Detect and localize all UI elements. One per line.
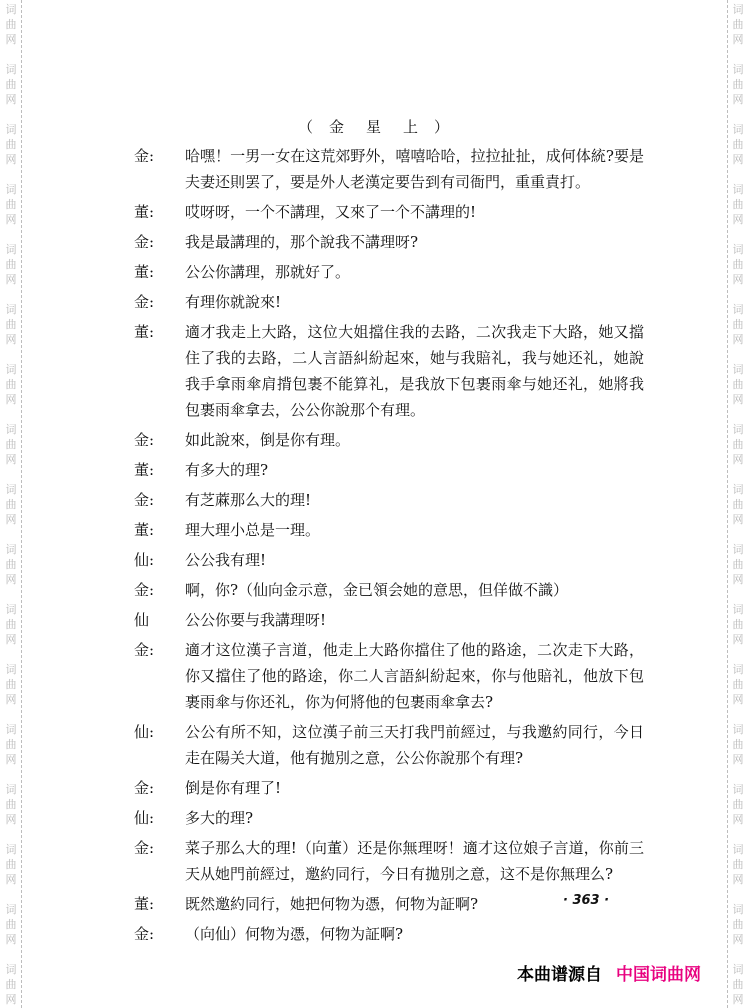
watermark-char: 词 <box>730 782 746 797</box>
watermark-group: 词曲网 <box>730 422 746 467</box>
watermark-char: 词 <box>730 842 746 857</box>
watermark-group: 词曲网 <box>730 362 746 407</box>
speech-text: 如此說來，倒是你有理。 <box>185 427 644 453</box>
watermark-char: 网 <box>730 872 746 887</box>
watermark-group: 词曲网 <box>3 962 19 1007</box>
watermark-char: 曲 <box>730 617 746 632</box>
watermark-char: 网 <box>730 752 746 767</box>
speaker-label: 金: <box>134 637 185 715</box>
watermark-char: 网 <box>730 812 746 827</box>
watermark-char: 曲 <box>3 617 19 632</box>
speaker-label: 金: <box>134 775 185 801</box>
watermark-group: 词曲网 <box>3 362 19 407</box>
dialogue-line: 金:菜子那么大的理!（向董）还是你無理呀！適才这位娘子言道，你前三天从她門前經过… <box>134 835 644 887</box>
watermark-char: 曲 <box>730 377 746 392</box>
watermark-group: 词曲网 <box>730 842 746 887</box>
dialogue-line: 金:（向仙）何物为憑，何物为証啊? <box>134 921 644 947</box>
watermark-char: 网 <box>730 212 746 227</box>
speech-text: 有多大的理? <box>185 457 644 483</box>
watermark-char: 网 <box>730 92 746 107</box>
watermark-char: 曲 <box>3 197 19 212</box>
watermark-group: 词曲网 <box>3 722 19 767</box>
watermark-char: 曲 <box>3 677 19 692</box>
watermark-char: 词 <box>730 302 746 317</box>
watermark-group: 词曲网 <box>3 182 19 227</box>
speech-text: （向仙）何物为憑，何物为証啊? <box>185 921 644 947</box>
speaker-label: 金: <box>134 487 185 513</box>
watermark-char: 网 <box>730 332 746 347</box>
watermark-char: 网 <box>3 212 19 227</box>
watermark-char: 词 <box>3 422 19 437</box>
watermark-char: 曲 <box>3 857 19 872</box>
watermark-group: 词曲网 <box>3 62 19 107</box>
dialogue-line: 仙:公公有所不知，这位漢子前三天打我門前經过，与我邀約同行，今日走在陽关大道，他… <box>134 719 644 771</box>
watermark-char: 曲 <box>730 77 746 92</box>
dialogue-line: 董:哎呀呀，一个不講理，又來了一个不講理的! <box>134 199 644 225</box>
scene-heading: （金星上） <box>0 116 749 137</box>
speaker-label: 仙 <box>134 607 185 633</box>
watermark-char: 曲 <box>3 137 19 152</box>
speech-text: 公公有所不知，这位漢子前三天打我門前經过，与我邀約同行，今日走在陽关大道，他有拋… <box>185 719 644 771</box>
speech-text: 多大的理? <box>185 805 644 831</box>
watermark-char: 网 <box>3 812 19 827</box>
watermark-char: 网 <box>730 632 746 647</box>
watermark-char: 词 <box>3 182 19 197</box>
watermark-char: 网 <box>3 632 19 647</box>
watermark-char: 词 <box>730 602 746 617</box>
dialogue-line: 金:有芝蔴那么大的理! <box>134 487 644 513</box>
speech-text: 倒是你有理了! <box>185 775 644 801</box>
dialogue-line: 董:有多大的理? <box>134 457 644 483</box>
watermark-char: 网 <box>730 272 746 287</box>
watermark-char: 词 <box>730 422 746 437</box>
watermark-char: 词 <box>730 662 746 677</box>
speech-text: 適才这位漢子言道，他走上大路你擋住了他的路途，二次走下大路，你又擋住了他的路途，… <box>185 637 644 715</box>
dialogue-line: 金:倒是你有理了! <box>134 775 644 801</box>
watermark-group: 词曲网 <box>3 542 19 587</box>
watermark-group: 词曲网 <box>3 902 19 947</box>
watermark-char: 词 <box>3 722 19 737</box>
watermark-char: 词 <box>730 542 746 557</box>
left-watermark-strip: 词曲网词曲网词曲网词曲网词曲网词曲网词曲网词曲网词曲网词曲网词曲网词曲网词曲网词… <box>0 0 22 1008</box>
watermark-group: 词曲网 <box>730 482 746 527</box>
watermark-char: 曲 <box>3 497 19 512</box>
watermark-char: 网 <box>3 392 19 407</box>
watermark-char: 曲 <box>3 77 19 92</box>
dialogue-line: 董:公公你講理，那就好了。 <box>134 259 644 285</box>
scene-heading-open: （ <box>298 118 315 136</box>
watermark-group: 词曲网 <box>3 302 19 347</box>
watermark-char: 网 <box>3 272 19 287</box>
watermark-char: 曲 <box>3 737 19 752</box>
dialogue-line: 仙:多大的理? <box>134 805 644 831</box>
dialogue-line: 董:適才我走上大路，这位大姐擋住我的去路，二次我走下大路，她又擋住了我的去路，二… <box>134 319 644 423</box>
scene-heading-word: 星 <box>366 118 383 136</box>
dialogue-block: 金:哈嘿！一男一女在这荒郊野外，嘻嘻哈哈，拉拉扯扯，成何体統?要是夫妻还則罢了，… <box>134 143 644 951</box>
watermark-char: 曲 <box>730 557 746 572</box>
dialogue-line: 金:哈嘿！一男一女在这荒郊野外，嘻嘻哈哈，拉拉扯扯，成何体統?要是夫妻还則罢了，… <box>134 143 644 195</box>
watermark-char: 词 <box>3 482 19 497</box>
watermark-group: 词曲网 <box>730 2 746 47</box>
speech-text: 公公我有理! <box>185 547 644 573</box>
watermark-char: 曲 <box>730 857 746 872</box>
speaker-label: 金: <box>134 921 185 947</box>
watermark-group: 词曲网 <box>3 482 19 527</box>
speaker-label: 董: <box>134 457 185 483</box>
watermark-group: 词曲网 <box>730 722 746 767</box>
watermark-char: 词 <box>730 362 746 377</box>
watermark-char: 词 <box>730 482 746 497</box>
watermark-group: 词曲网 <box>730 782 746 827</box>
watermark-char: 词 <box>3 902 19 917</box>
watermark-char: 词 <box>730 2 746 17</box>
watermark-group: 词曲网 <box>3 422 19 467</box>
watermark-char: 曲 <box>3 557 19 572</box>
watermark-group: 词曲网 <box>3 2 19 47</box>
speaker-label: 董: <box>134 199 185 225</box>
speaker-label: 董: <box>134 517 185 543</box>
watermark-char: 网 <box>3 32 19 47</box>
speaker-label: 金: <box>134 427 185 453</box>
dialogue-line: 仙公公你要与我講理呀! <box>134 607 644 633</box>
speaker-label: 金: <box>134 289 185 315</box>
speaker-label: 金: <box>134 835 185 887</box>
speech-text: 啊，你?（仙向金示意，金已領会她的意思，但佯做不識） <box>185 577 644 603</box>
speech-text: 適才我走上大路，这位大姐擋住我的去路，二次我走下大路，她又擋住了我的去路，二人言… <box>185 319 644 423</box>
speech-text: 公公你講理，那就好了。 <box>185 259 644 285</box>
watermark-char: 词 <box>3 2 19 17</box>
watermark-char: 网 <box>3 572 19 587</box>
watermark-char: 词 <box>3 782 19 797</box>
watermark-group: 词曲网 <box>730 902 746 947</box>
watermark-char: 词 <box>3 62 19 77</box>
watermark-char: 曲 <box>3 917 19 932</box>
watermark-group: 词曲网 <box>730 542 746 587</box>
watermark-char: 词 <box>730 182 746 197</box>
scene-heading-word: 金 <box>329 118 346 136</box>
dialogue-line: 金:有理你就說來! <box>134 289 644 315</box>
speech-text: 有理你就說來! <box>185 289 644 315</box>
watermark-char: 词 <box>730 62 746 77</box>
watermark-char: 网 <box>730 32 746 47</box>
watermark-char: 曲 <box>730 257 746 272</box>
watermark-char: 词 <box>3 842 19 857</box>
watermark-char: 曲 <box>730 977 746 992</box>
watermark-char: 词 <box>3 242 19 257</box>
watermark-char: 曲 <box>730 317 746 332</box>
watermark-group: 词曲网 <box>730 302 746 347</box>
watermark-char: 网 <box>730 452 746 467</box>
watermark-char: 网 <box>3 452 19 467</box>
watermark-char: 曲 <box>3 977 19 992</box>
speech-text: 理大理小总是一理。 <box>185 517 644 543</box>
watermark-char: 曲 <box>730 797 746 812</box>
watermark-char: 词 <box>3 602 19 617</box>
source-label: 本曲谱源自 <box>517 965 602 985</box>
speaker-label: 金: <box>134 143 185 195</box>
watermark-char: 曲 <box>3 17 19 32</box>
watermark-char: 曲 <box>730 917 746 932</box>
watermark-char: 曲 <box>3 377 19 392</box>
watermark-char: 曲 <box>730 497 746 512</box>
watermark-char: 网 <box>3 92 19 107</box>
speech-text: 哎呀呀，一个不講理，又來了一个不講理的! <box>185 199 644 225</box>
watermark-char: 网 <box>730 152 746 167</box>
watermark-group: 词曲网 <box>3 602 19 647</box>
speech-text: 公公你要与我講理呀! <box>185 607 644 633</box>
dialogue-line: 金:我是最講理的，那个說我不講理呀? <box>134 229 644 255</box>
watermark-char: 网 <box>3 752 19 767</box>
watermark-char: 曲 <box>3 797 19 812</box>
watermark-group: 词曲网 <box>730 602 746 647</box>
scene-heading-word: 上 <box>403 118 420 136</box>
watermark-char: 网 <box>730 572 746 587</box>
watermark-char: 词 <box>730 722 746 737</box>
watermark-group: 词曲网 <box>730 962 746 1007</box>
speech-text: 菜子那么大的理!（向董）还是你無理呀！適才这位娘子言道，你前三天从她門前經过，邀… <box>185 835 644 887</box>
watermark-char: 词 <box>730 962 746 977</box>
watermark-char: 词 <box>730 902 746 917</box>
speech-text: 哈嘿！一男一女在这荒郊野外，嘻嘻哈哈，拉拉扯扯，成何体統?要是夫妻还則罢了，要是… <box>185 143 644 195</box>
watermark-char: 网 <box>730 932 746 947</box>
watermark-char: 曲 <box>3 437 19 452</box>
watermark-char: 网 <box>3 332 19 347</box>
dialogue-line: 董:理大理小总是一理。 <box>134 517 644 543</box>
speaker-label: 董: <box>134 891 185 917</box>
watermark-char: 曲 <box>730 137 746 152</box>
speech-text: 有芝蔴那么大的理! <box>185 487 644 513</box>
watermark-char: 词 <box>3 542 19 557</box>
watermark-char: 网 <box>730 512 746 527</box>
watermark-group: 词曲网 <box>730 662 746 707</box>
speaker-label: 金: <box>134 577 185 603</box>
watermark-group: 词曲网 <box>3 242 19 287</box>
watermark-char: 网 <box>3 692 19 707</box>
site-name-link[interactable]: 中国词曲网 <box>616 965 701 985</box>
watermark-char: 网 <box>3 512 19 527</box>
speaker-label: 金: <box>134 229 185 255</box>
watermark-char: 网 <box>730 692 746 707</box>
watermark-char: 词 <box>730 242 746 257</box>
speech-text: 我是最講理的，那个說我不講理呀? <box>185 229 644 255</box>
scene-heading-close: ） <box>434 118 451 136</box>
dialogue-line: 金:如此說來，倒是你有理。 <box>134 427 644 453</box>
watermark-char: 网 <box>3 152 19 167</box>
right-dashed-divider <box>727 0 728 1008</box>
watermark-char: 网 <box>3 992 19 1007</box>
watermark-group: 词曲网 <box>730 242 746 287</box>
watermark-group: 词曲网 <box>3 662 19 707</box>
watermark-char: 词 <box>3 362 19 377</box>
right-watermark-strip: 词曲网词曲网词曲网词曲网词曲网词曲网词曲网词曲网词曲网词曲网词曲网词曲网词曲网词… <box>727 0 749 1008</box>
watermark-char: 网 <box>3 932 19 947</box>
watermark-char: 词 <box>3 302 19 317</box>
watermark-char: 曲 <box>730 197 746 212</box>
scanned-page: 词曲网词曲网词曲网词曲网词曲网词曲网词曲网词曲网词曲网词曲网词曲网词曲网词曲网词… <box>0 0 749 1008</box>
watermark-group: 词曲网 <box>730 182 746 227</box>
speaker-label: 仙: <box>134 547 185 573</box>
watermark-char: 曲 <box>3 257 19 272</box>
watermark-char: 曲 <box>730 437 746 452</box>
speaker-label: 董: <box>134 259 185 285</box>
watermark-char: 词 <box>3 662 19 677</box>
page-number: · 363 · <box>563 893 609 908</box>
watermark-char: 网 <box>730 992 746 1007</box>
watermark-group: 词曲网 <box>730 62 746 107</box>
watermark-char: 曲 <box>3 317 19 332</box>
speaker-label: 董: <box>134 319 185 423</box>
speaker-label: 仙: <box>134 719 185 771</box>
watermark-char: 曲 <box>730 677 746 692</box>
watermark-char: 网 <box>3 872 19 887</box>
watermark-char: 曲 <box>730 17 746 32</box>
watermark-group: 词曲网 <box>3 782 19 827</box>
watermark-char: 曲 <box>730 737 746 752</box>
left-dashed-divider <box>21 0 22 1008</box>
dialogue-line: 仙:公公我有理! <box>134 547 644 573</box>
dialogue-line: 金:適才这位漢子言道，他走上大路你擋住了他的路途，二次走下大路，你又擋住了他的路… <box>134 637 644 715</box>
watermark-char: 词 <box>3 962 19 977</box>
source-footer: 本曲谱源自中国词曲网 <box>517 960 701 985</box>
watermark-group: 词曲网 <box>3 842 19 887</box>
speaker-label: 仙: <box>134 805 185 831</box>
dialogue-line: 金:啊，你?（仙向金示意，金已領会她的意思，但佯做不識） <box>134 577 644 603</box>
watermark-char: 网 <box>730 392 746 407</box>
